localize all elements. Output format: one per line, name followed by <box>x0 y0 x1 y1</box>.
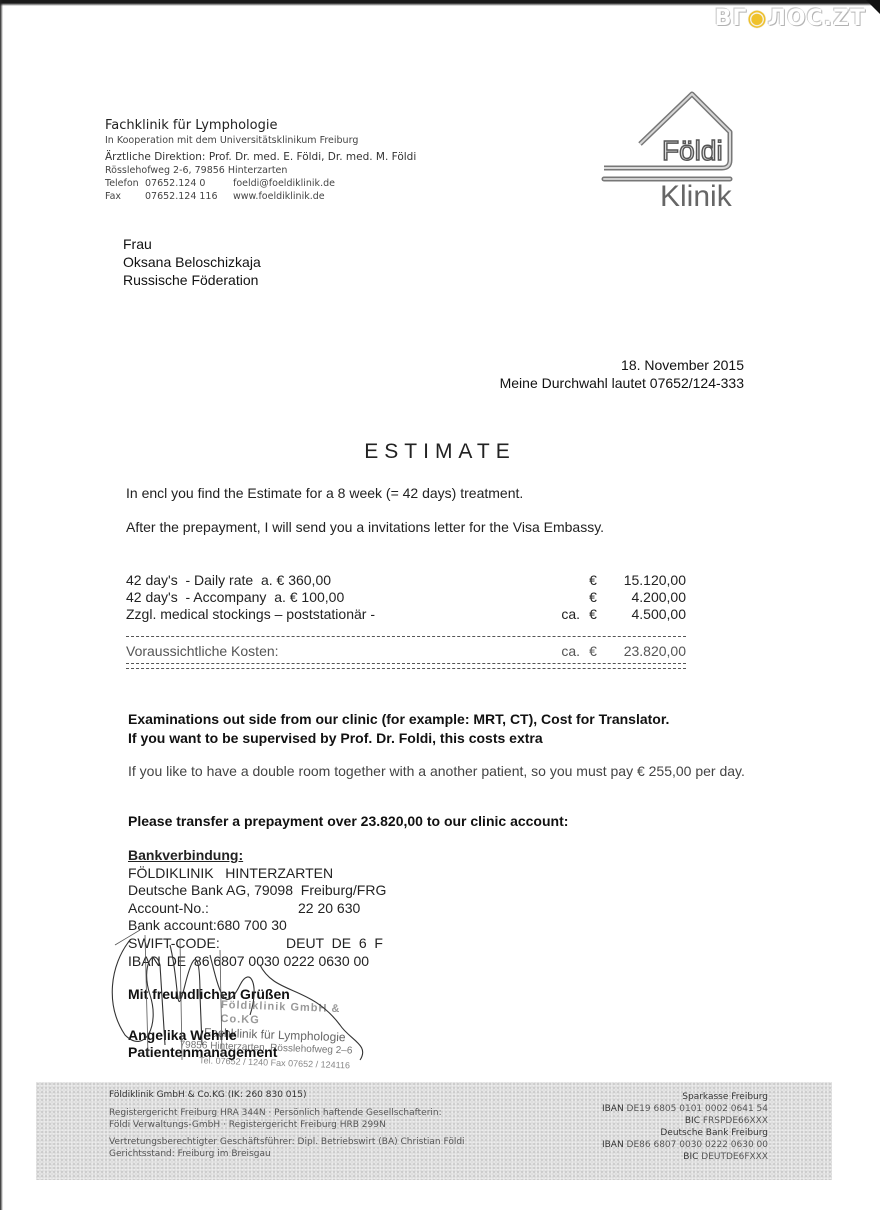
cost-prefix: ca. <box>550 606 580 623</box>
clinic-direction: Ärztliche Direktion: Prof. Dr. med. E. F… <box>105 151 416 163</box>
swift-code: DEUT DE 6 F <box>286 935 383 953</box>
svg-text:Földi: Földi <box>662 135 723 166</box>
total-amount: 23.820,00 <box>606 643 686 660</box>
supervision-note: If you want to be supervised by Prof. Dr… <box>128 729 669 748</box>
closing-block: Mit freundlichen Grüßen Angelika Wehrle … <box>128 986 290 1061</box>
recipient-name: Oksana Beloschizkaja <box>123 253 261 271</box>
date-block: 18. November 2015 Meine Durchwahl lautet… <box>500 356 744 392</box>
clinic-name: Fachklinik für Lymphologie <box>105 118 416 133</box>
cost-description: 42 day's - Daily rate a. € 360,00 <box>126 572 550 589</box>
recipient-salutation: Frau <box>123 235 261 253</box>
footer-company: Földiklinik GmbH & Co.KG (IK: 260 830 01… <box>109 1089 465 1101</box>
currency-symbol: € <box>580 643 606 660</box>
phone-row: Telefon 07652.124 0 foeldi@foeldiklinik.… <box>105 178 416 189</box>
currency-symbol: € <box>580 572 606 589</box>
total-description: Voraussichtliche Kosten: <box>126 643 550 660</box>
signer-role: Patientenmanagement <box>128 1044 290 1061</box>
cost-amount: 4.200,00 <box>606 589 686 606</box>
letter-footer: Földiklinik GmbH & Co.KG (IK: 260 830 01… <box>36 1082 832 1180</box>
total-double-divider <box>126 663 686 669</box>
currency-symbol: € <box>580 606 606 623</box>
footer-register-1: Registergericht Freiburg HRA 344N · Pers… <box>109 1107 465 1119</box>
footer-bank-iban: IBAN DE86 6807 0030 0222 0630 00 <box>602 1139 768 1151</box>
bank-account-label: Bank account: <box>128 917 217 935</box>
cost-table: 42 day's - Daily rate a. € 360,00 € 15.1… <box>126 572 686 669</box>
closing-greeting: Mit freundlichen Grüßen <box>128 986 290 1003</box>
site-watermark: ВГ◉ЛОС.ZT <box>715 6 866 31</box>
account-number: 22 20 630 <box>298 900 360 918</box>
email-link[interactable]: foeldi@foeldiklinik.de <box>233 178 335 189</box>
letter-date: 18. November 2015 <box>500 356 744 374</box>
footer-bank-info: Sparkasse Freiburg IBAN DE19 6805 0101 0… <box>602 1091 768 1163</box>
fax-number: 07652.124 116 <box>145 191 233 202</box>
direction-label: Ärztliche Direktion: <box>105 151 205 163</box>
direct-line: Meine Durchwahl lautet 07652/124-333 <box>500 374 744 392</box>
svg-text:Klinik: Klinik <box>660 180 733 213</box>
footer-bank-name: Sparkasse Freiburg <box>602 1091 768 1103</box>
iban-row: IBAN DE 86 6807 0030 0222 0630 00 <box>128 953 386 971</box>
swift-label: SWIFT-CODE: <box>128 935 286 953</box>
footer-register-2: Földi Verwaltungs-GmbH · Registergericht… <box>109 1119 465 1131</box>
account-number-row: Account-No.: 22 20 630 <box>128 900 386 918</box>
cost-amount: 4.500,00 <box>606 606 686 623</box>
scan-edge-left <box>0 0 3 1210</box>
iban-label: IBAN <box>128 953 161 971</box>
extra-costs-notes: Examinations out side from our clinic (f… <box>128 710 669 748</box>
bank-account-row: Bank account: 680 700 30 <box>128 917 386 935</box>
scan-corner <box>866 0 880 14</box>
total-row: Voraussichtliche Kosten: ca. € 23.820,00 <box>126 643 686 660</box>
footer-company-info: Földiklinik GmbH & Co.KG (IK: 260 830 01… <box>109 1089 465 1160</box>
watermark-prefix: ВГ <box>715 6 748 31</box>
cost-row: 42 day's - Accompany a. € 100,00 € 4.200… <box>126 589 686 606</box>
footer-bank-iban: IBAN DE19 6805 0101 0002 0641 54 <box>602 1103 768 1115</box>
footer-bank-bic: BIC FRSPDE66XXX <box>602 1115 768 1127</box>
letterhead: Fachklinik für Lymphologie In Kooperatio… <box>105 118 416 202</box>
fax-row: Fax 07652.124 116 www.foeldiklinik.de <box>105 191 416 202</box>
cost-row: 42 day's - Daily rate a. € 360,00 € 15.1… <box>126 572 686 589</box>
cost-row: Zzgl. medical stockings – poststationär … <box>126 606 686 623</box>
swift-row: SWIFT-CODE: DEUT DE 6 F <box>128 935 386 953</box>
cost-description: Zzgl. medical stockings – poststationär … <box>126 606 550 623</box>
iban-number: DE 86 6807 0030 0222 0630 00 <box>167 953 369 971</box>
signer-name: Angelika Wehrle <box>128 1027 290 1044</box>
cost-prefix <box>550 589 580 606</box>
double-room-note: If you like to have a double room togeth… <box>128 762 748 780</box>
recipient-address: Frau Oksana Beloschizkaja Russische Föde… <box>123 235 261 289</box>
total-prefix: ca. <box>550 643 580 660</box>
phone-label: Telefon <box>105 178 145 189</box>
title-text: ESTIMATE <box>364 440 515 463</box>
cost-prefix <box>550 572 580 589</box>
cost-amount: 15.120,00 <box>606 572 686 589</box>
foeldi-klinik-logo: Földi Klinik <box>600 86 750 216</box>
footer-court: Gerichtsstand: Freiburg im Breisgau <box>109 1148 465 1160</box>
phone-number: 07652.124 0 <box>145 178 233 189</box>
examinations-note: Examinations out side from our clinic (f… <box>128 710 669 729</box>
clinic-address: Rösslehofweg 2-6, 79856 Hinterzarten <box>105 165 416 176</box>
clinic-cooperation: In Kooperation mit dem Universitätsklini… <box>105 135 416 146</box>
house-outline-icon: Földi Klinik <box>600 86 750 216</box>
intro-line-2: After the prepayment, I will send you a … <box>126 519 604 535</box>
bank-details: Bankverbindung: FÖLDIKLINIK HINTERZARTEN… <box>128 847 386 970</box>
footer-bank-bic: BIC DEUTDE6FXXX <box>602 1151 768 1163</box>
account-holder: FÖLDIKLINIK HINTERZARTEN <box>128 865 386 883</box>
bank-name: Deutsche Bank AG, 79098 Freiburg/FRG <box>128 882 386 900</box>
prepayment-note: Please transfer a prepayment over 23.820… <box>128 813 568 829</box>
cost-description: 42 day's - Accompany a. € 100,00 <box>126 589 550 606</box>
bank-account-number: 680 700 30 <box>217 917 287 935</box>
fax-label: Fax <box>105 191 145 202</box>
intro-line-1: In encl you find the Estimate for a 8 we… <box>126 485 523 501</box>
subtotal-divider <box>126 626 686 637</box>
footer-management: Vertretungsberechtigter Geschäftsführer:… <box>109 1136 465 1148</box>
recipient-country: Russische Föderation <box>123 271 261 289</box>
bank-title: Bankverbindung: <box>128 847 386 865</box>
account-label: Account-No.: <box>128 900 298 918</box>
footer-bank-name: Deutsche Bank Freiburg <box>602 1127 768 1139</box>
watermark-suffix: ЛОС.ZT <box>768 6 866 31</box>
radio-wave-icon: ◉ <box>747 6 767 31</box>
document-title: ESTIMATE <box>0 440 880 464</box>
website-link[interactable]: www.foeldiklinik.de <box>233 191 325 202</box>
currency-symbol: € <box>580 589 606 606</box>
direction-names: Prof. Dr. med. E. Földi, Dr. med. M. Föl… <box>209 151 416 163</box>
